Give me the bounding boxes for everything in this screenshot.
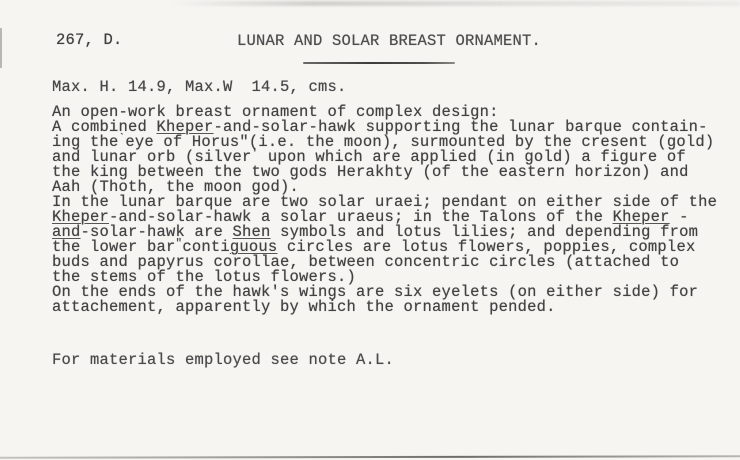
catalog-card: 267, D. LUNAR AND SOLAR BREAST ORNAMENT.… <box>0 0 740 460</box>
catalog-number: 267, D. <box>56 31 123 49</box>
materials-note: For materials employed see note A.L. <box>52 351 394 369</box>
scan-bottom-edge-line <box>0 455 740 459</box>
scan-left-edge-mark <box>0 28 2 68</box>
body-text: An open-work breast ornament of complex … <box>52 105 717 315</box>
body-line: attachement, apparently by which the orn… <box>52 300 717 315</box>
dimensions-line: Max. H. 14.9, Max.W 14.5, cms. <box>52 78 347 96</box>
scan-top-edge-smudge <box>170 1 740 6</box>
title-underline <box>303 62 455 64</box>
page-title: LUNAR AND SOLAR BREAST ORNAMENT. <box>237 32 541 50</box>
